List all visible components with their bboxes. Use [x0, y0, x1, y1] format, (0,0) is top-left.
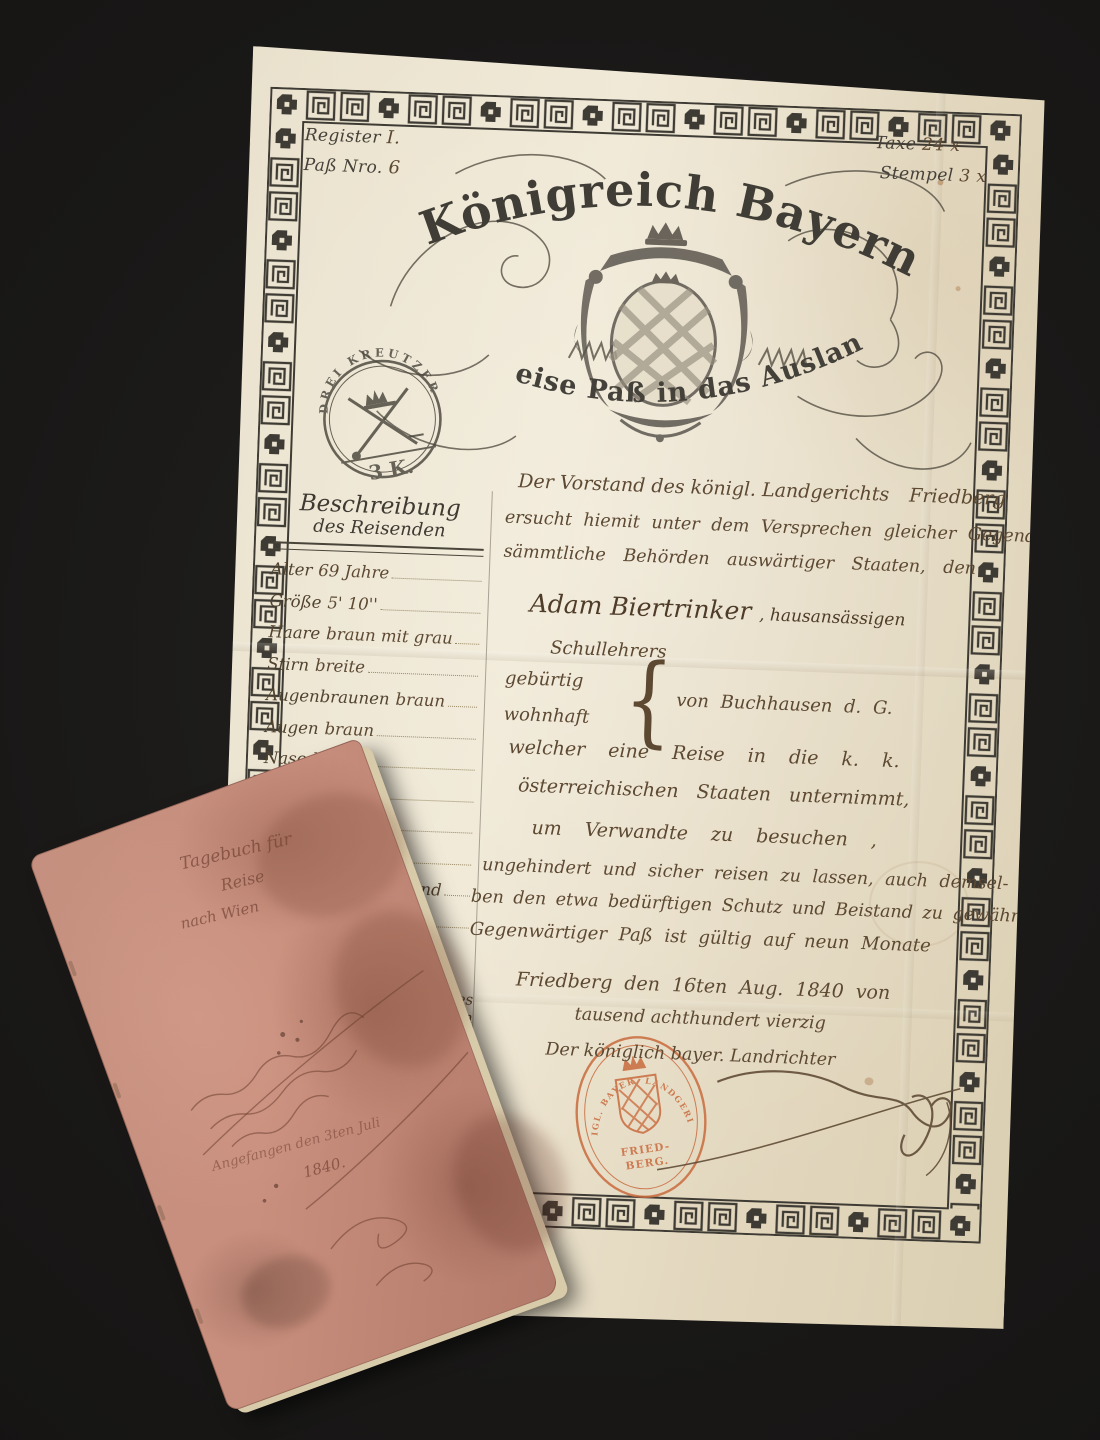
fee-stamp-value: 3 K. [367, 454, 416, 485]
taxe-value: 24 x [922, 135, 961, 156]
description-row: Größe5' 10'' [269, 591, 484, 618]
row-value: braun [395, 690, 445, 711]
row-value: breite [315, 655, 366, 676]
taxe-label: Taxe [875, 133, 917, 155]
wohnhaft-label: wohnhaft [503, 704, 589, 728]
register-label: Register [304, 125, 381, 148]
official-signature [657, 1067, 961, 1181]
row-value: 69 Jahre [318, 561, 390, 583]
row-label: Augenbraunen [266, 685, 390, 709]
description-row: Augenbraun [265, 717, 480, 744]
stempel-value: 3 x [959, 166, 987, 187]
register-value: I. [386, 127, 400, 148]
description-row: Haarebraun mit grau [268, 622, 483, 649]
row-label: Haare [268, 622, 320, 643]
gebuertig-label: gebürtig [505, 668, 584, 692]
row-label: Augen [265, 717, 319, 738]
register-line: Register I. [304, 124, 400, 148]
stempel-line: Stempel 3 x [879, 163, 986, 187]
photograph-of-passport-documents: Königreich Bayern Reise Paß in das Ausla… [0, 0, 1100, 1440]
row-value: 5' 10'' [327, 593, 378, 614]
row-value: braun mit grau [326, 624, 453, 648]
description-row: Stirnbreite [267, 654, 482, 681]
drei-kreutzer-fee-stamp: DREI KREUTZER 3 K. [307, 335, 457, 492]
stempel-label: Stempel [879, 163, 954, 186]
pass-number-label: Paß Nro. [303, 155, 383, 178]
pass-number-value: 6 [388, 157, 401, 178]
row-label: Alter [271, 559, 313, 580]
description-row: Augenbraunenbraun [266, 685, 481, 712]
row-value: braun [324, 719, 374, 740]
heading-rule [274, 541, 484, 557]
bavarian-coat-of-arms [571, 219, 757, 445]
svg-text:Königreich Bayern: Königreich Bayern [411, 154, 933, 288]
kingdom-title: Königreich Bayern [411, 154, 933, 288]
issuing-court-place: Friedberg [909, 484, 1006, 510]
description-row: Alter69 Jahre [271, 559, 486, 586]
pass-number-line: Paß Nro. 6 [303, 154, 401, 179]
row-label: Größe [269, 591, 321, 612]
taxe-line: Taxe 24 x [875, 133, 961, 156]
row-label: Stirn [267, 654, 309, 675]
traveller-name-suffix: , hausansässigen [759, 605, 906, 630]
